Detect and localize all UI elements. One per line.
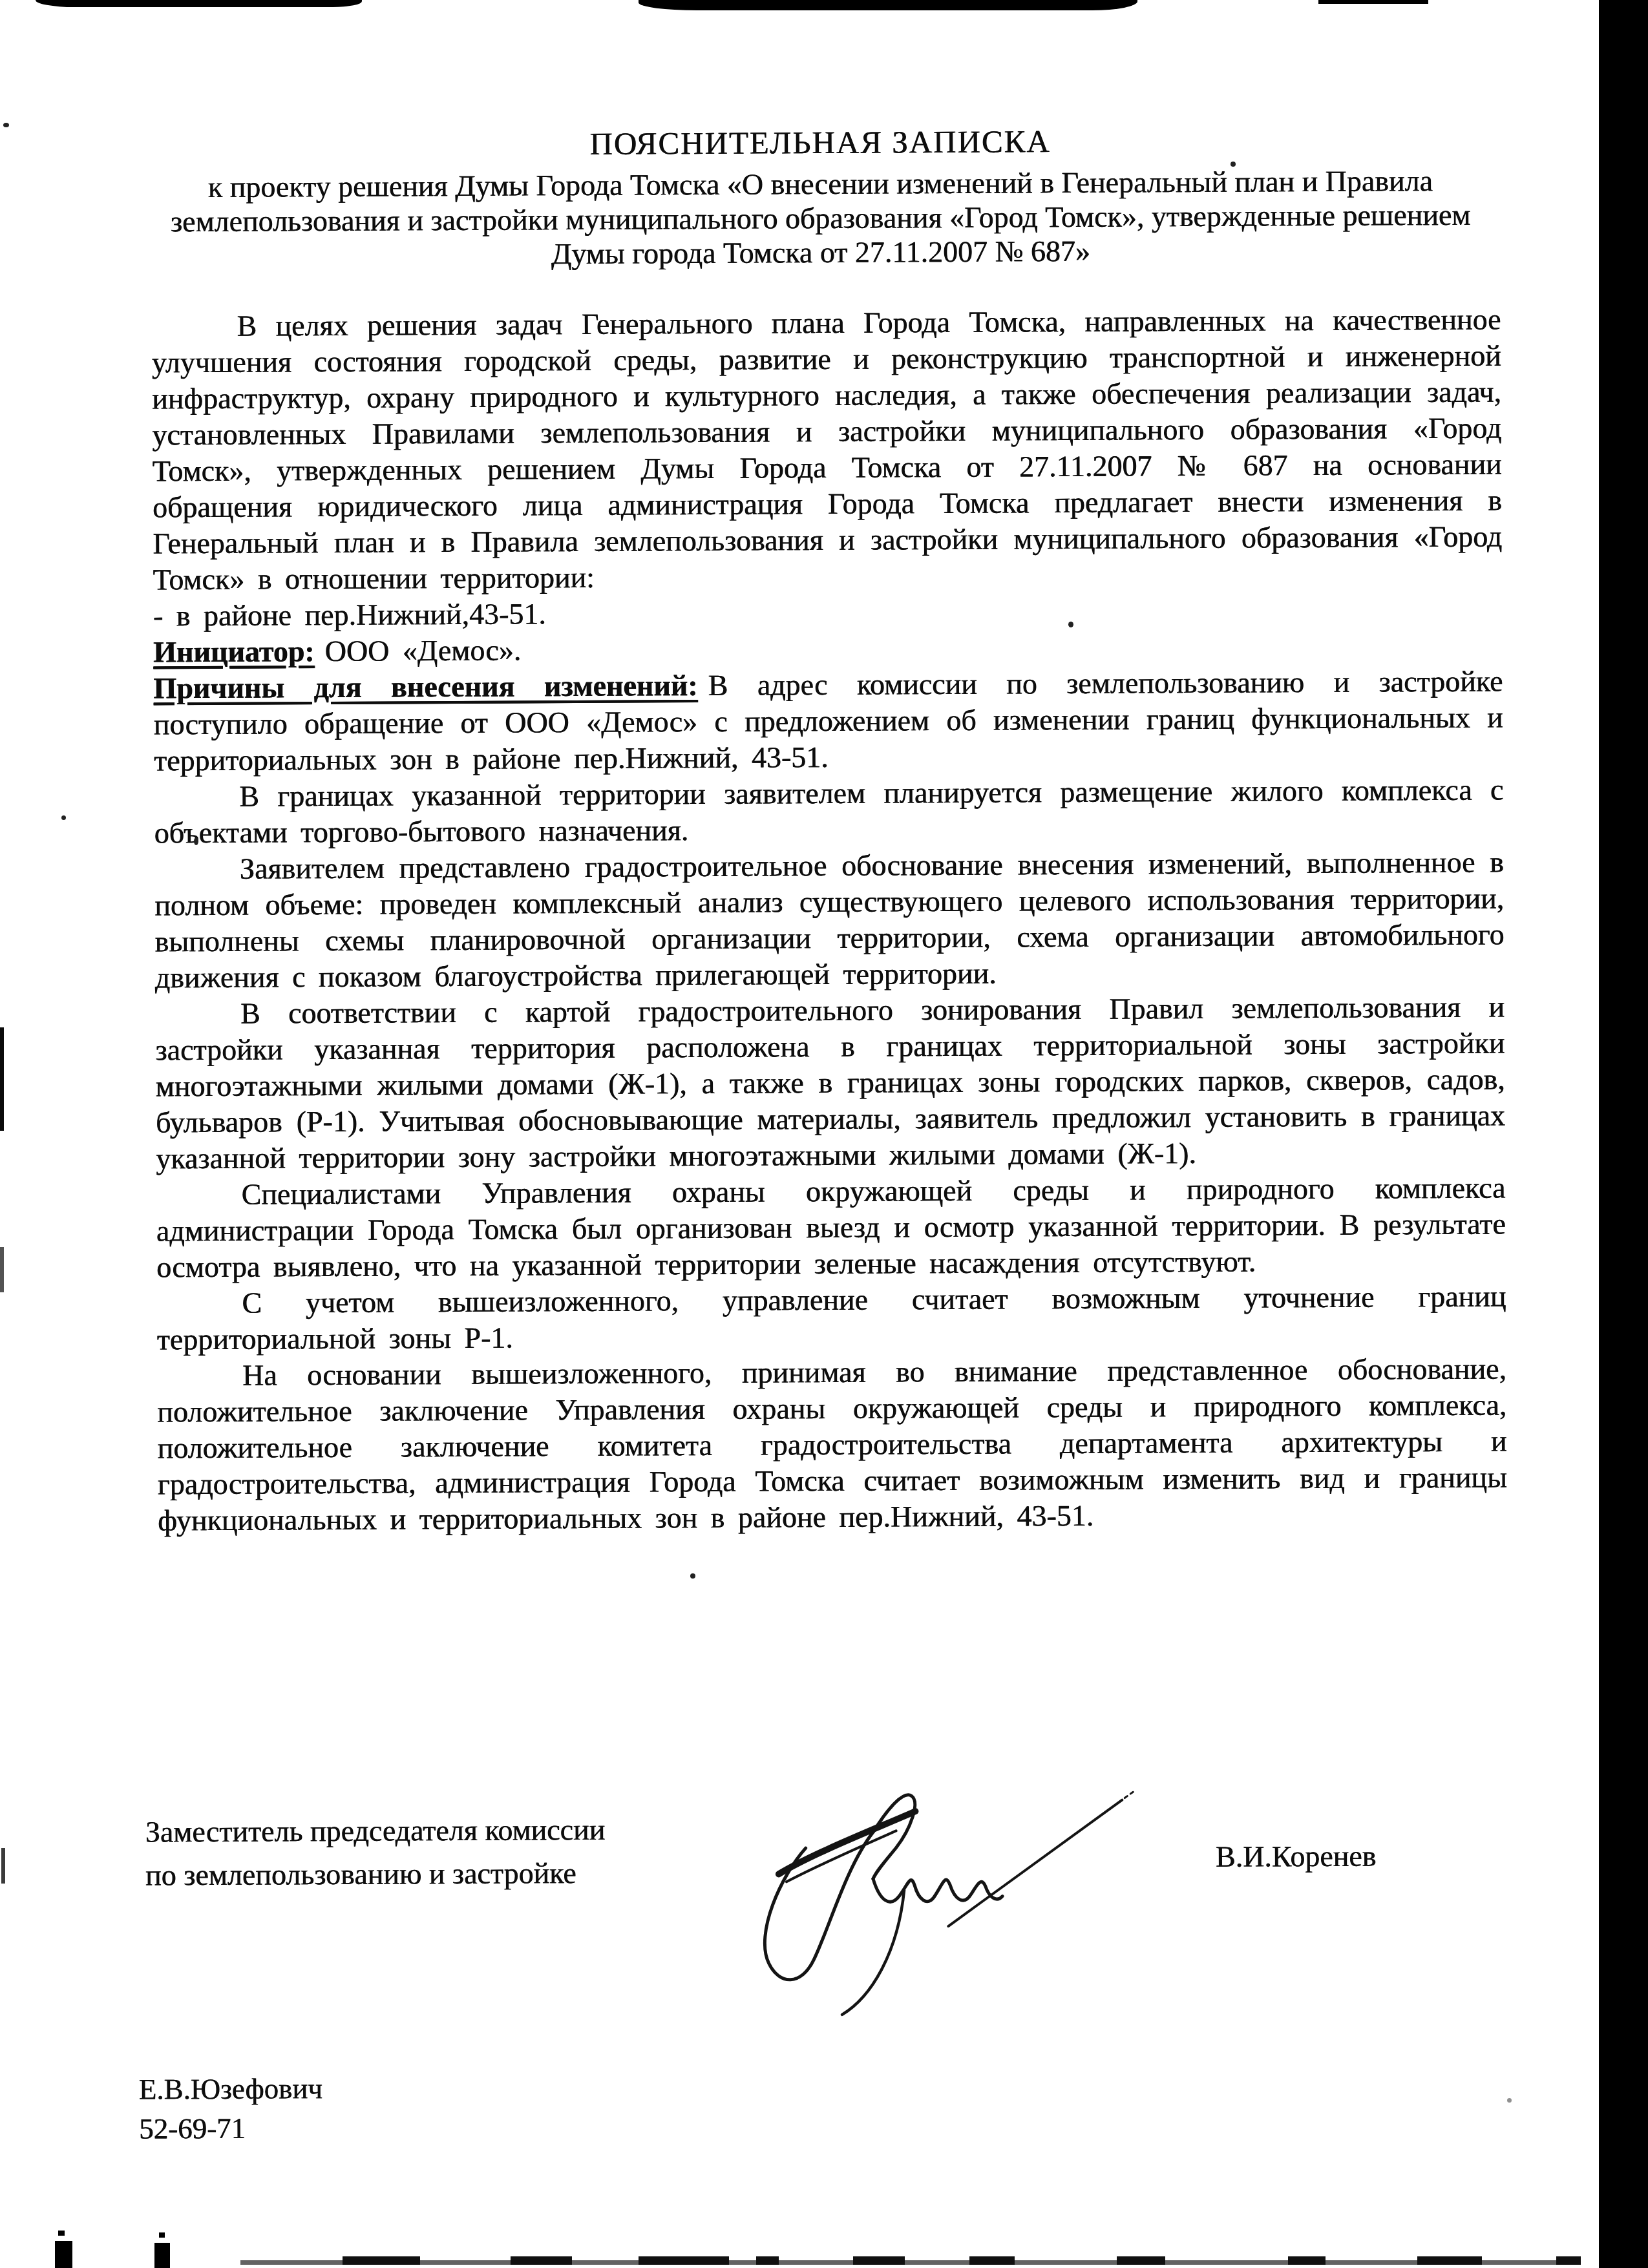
scan-bottom-blot: [1288, 2256, 1326, 2265]
scan-noise-speck: [690, 1573, 695, 1579]
initiator-label: Инициатор:: [153, 635, 315, 668]
scan-edge-top-segment: [639, 0, 1137, 10]
paragraph-justification: Заявителем представлено градостроительно…: [154, 844, 1505, 996]
scan-noise-speck: [1231, 162, 1236, 167]
paragraph-zoning-map: В соответствии с картой градостроительно…: [155, 989, 1505, 1177]
scan-bottom-blot: [969, 2256, 1015, 2265]
paragraph-territory-plans: В границах указанной территории заявител…: [154, 772, 1504, 851]
scan-edge-top-segment: [36, 0, 362, 7]
scan-noise-speck: [159, 2232, 165, 2238]
scan-bottom-blot: [853, 2256, 905, 2265]
scan-bottom-blot: [343, 2256, 420, 2265]
scan-bottom-bar: [55, 2241, 72, 2268]
scan-edge-left-streak: [0, 1247, 4, 1292]
initiator-value: ООО «Демос».: [324, 633, 521, 667]
scan-bottom-blot: [1417, 2256, 1482, 2265]
scan-bottom-blot: [511, 2256, 572, 2265]
scan-noise-speck: [58, 2231, 65, 2236]
document-header: ПОЯСНИТЕЛЬНАЯ ЗАПИСКА к проекту решения …: [144, 121, 1497, 273]
paragraph-conclusion-r1: С учетом вышеизложенного, управление счи…: [156, 1278, 1506, 1358]
scan-bottom-blot: [1117, 2256, 1165, 2265]
document-subtitle: к проекту решения Думы Города Томска «О …: [144, 163, 1497, 273]
scan-edge-left-streak: [1, 1848, 5, 1884]
document-footer: Е.В.Юзефович 52-69-71: [138, 2069, 322, 2148]
document-body: В целях решения задач Генерального плана…: [151, 302, 1507, 1539]
page-title: ПОЯСНИТЕЛЬНАЯ ЗАПИСКА: [144, 121, 1496, 165]
executor-name: Е.В.Юзефович: [138, 2069, 322, 2109]
scan-corner-blot: [1616, 2223, 1648, 2268]
paragraph-final-decision: На основании вышеизложенного, принимая в…: [157, 1350, 1507, 1538]
scan-noise-speck: [1068, 622, 1073, 627]
document-content: ПОЯСНИТЕЛЬНАЯ ЗАПИСКА к проекту решения …: [0, 0, 1648, 2268]
scan-noise-speck: [3, 123, 9, 127]
scan-noise-speck: [1507, 2098, 1512, 2103]
paragraph-intro: В целях решения задач Генерального плана…: [151, 302, 1502, 598]
reasons-label: Причины для внесения изменений:: [153, 669, 697, 704]
scan-edge-right-band: [1599, 0, 1648, 2268]
signoff-position: Заместитель председателя комиссии по зем…: [145, 1807, 727, 1897]
signoff-name: В.И.Коренев: [1216, 1839, 1377, 1874]
scan-noise-speck: [61, 815, 66, 820]
scan-bottom-streak: [240, 2260, 1580, 2265]
signoff-position-line1: Заместитель председателя комиссии: [145, 1807, 726, 1854]
scanned-document-page: { "doc": { "title": "ПОЯСНИТЕЛЬНАЯ ЗАПИС…: [0, 0, 1648, 2268]
reasons-paragraph: Причины для внесения изменений:В адрес к…: [153, 663, 1503, 779]
scan-edge-top-segment: [1318, 0, 1428, 4]
scan-edge-left-streak: [0, 1027, 4, 1131]
scan-noise-speck: [194, 837, 198, 845]
scan-bottom-bar: [154, 2243, 170, 2268]
paragraph-inspection: Специалистами Управления охраны окружающ…: [156, 1170, 1506, 1285]
signoff-position-line2: по землепользованию и застройке: [145, 1851, 727, 1897]
scan-bottom-blot: [639, 2256, 729, 2265]
executor-phone: 52-69-71: [139, 2108, 323, 2148]
scan-bottom-blot: [756, 2256, 779, 2265]
handwritten-signature-icon: [741, 1769, 1156, 2029]
scan-bottom-blot: [1556, 2256, 1581, 2265]
